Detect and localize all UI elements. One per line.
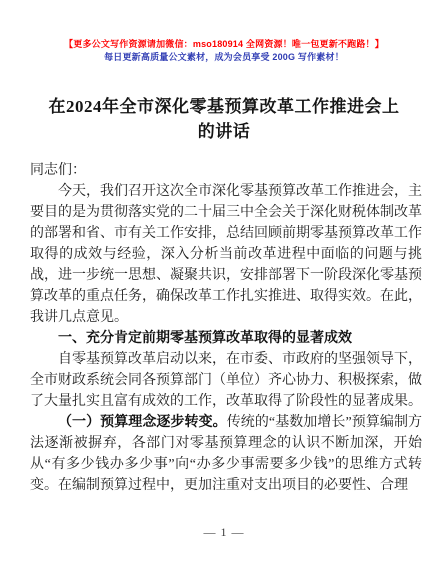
ad-banner: 【更多公文写作资源请加微信：mso180914 全网资源！唯一包更新不跑路！】 … <box>0 0 448 64</box>
document-title: 在2024年全市深化零基预算改革工作推进会上的讲话 <box>46 94 402 144</box>
paragraph-subsection-1: （一）预算理念逐步转变。传统的“基数加增长”预算编制方法逐渐被摒弃，各部门对零基… <box>30 412 422 496</box>
paragraph-achievements: 自零基预算改革启动以来，在市委、市政府的坚强领导下，全市财政系统会同各预算部门（… <box>30 349 422 412</box>
salutation: 同志们： <box>30 160 422 181</box>
page-number: — 1 — <box>0 525 448 540</box>
ad-line-red: 【更多公文写作资源请加微信：mso180914 全网资源！唯一包更新不跑路！】 <box>0 38 448 51</box>
document-page: 【更多公文写作资源请加微信：mso180914 全网资源！唯一包更新不跑路！】 … <box>0 0 448 580</box>
document-body: 同志们： 今天，我们召开这次全市深化零基预算改革工作推进会，主要目的是为贯彻落实… <box>30 160 422 496</box>
subsection-lead: （一）预算理念逐步转变。 <box>58 415 227 430</box>
ad-line-blue: 每日更新高质量公文素材，成为会员享受 200G 写作素材！ <box>0 51 448 64</box>
paragraph-intro: 今天，我们召开这次全市深化零基预算改革工作推进会，主要目的是为贯彻落实党的二十届… <box>30 181 422 328</box>
section-heading-1: 一、充分肯定前期零基预算改革取得的显著成效 <box>30 328 422 349</box>
